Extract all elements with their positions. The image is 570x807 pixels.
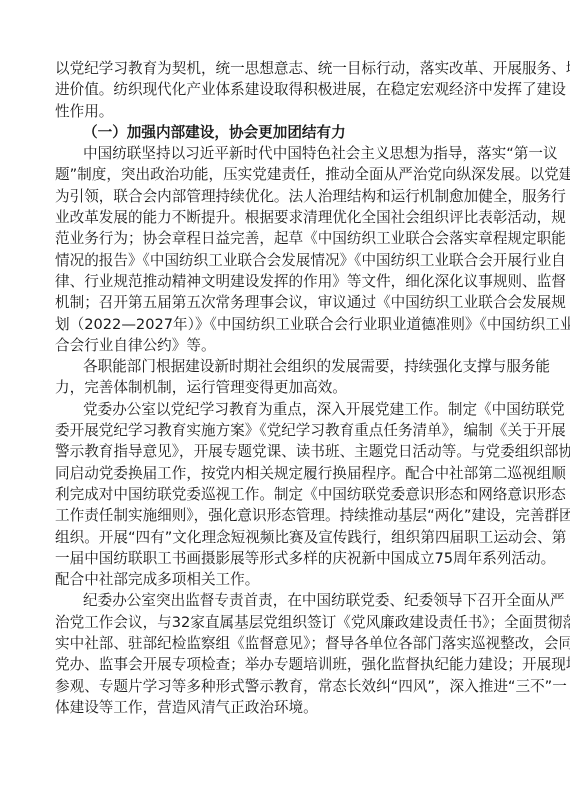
text-line: 组织。开展“四有”文化理念短视频比赛及宣传践行，组织第四届职工运动会、第 <box>55 527 517 548</box>
text-line: 参观、专题片学习等多种形式警示教育，常态长效纠“四风”，深入推进“三不”一 <box>55 676 517 697</box>
text-line: 力，完善体制机制，运行管理变得更加高效。 <box>55 377 517 398</box>
heading-line: （一）加强内部建设，协会更加团结有力 <box>55 122 517 143</box>
text-line: 进价值。纺织现代化产业体系建设取得积极进展，在稳定宏观经济中发挥了建设 <box>55 79 517 100</box>
document-body: 以党纪学习教育为契机，统一思想意志、统一目标行动，落实改革、开展服务、增 进价值… <box>55 58 517 718</box>
text-line: 题”制度，突出政治功能，压实党建责任，推动全面从严治党向纵深发展。以党建 <box>55 164 517 185</box>
text-line: 范业务行为；协会章程日益完善，起草《中国纺织工业联合会落实章程规定职能 <box>55 228 517 249</box>
paragraph-party-committee-office: 党委办公室以党纪学习教育为重点，深入开展党建工作。制定《中国纺联党 委开展党纪学… <box>55 399 517 591</box>
document-page: 以党纪学习教育为契机，统一思想意志、统一目标行动，落实改革、开展服务、增 进价值… <box>0 0 570 807</box>
text-line: 党委办公室以党纪学习教育为重点，深入开展党建工作。制定《中国纺联党 <box>55 399 517 420</box>
text-line: 机制；召开第五届第五次常务理事会议，审议通过《中国纺织工业联合会发展规 <box>55 292 517 313</box>
text-line: 律、行业规范推动精神文明建设发挥的作用》等文件，细化深化议事规则、监督 <box>55 271 517 292</box>
text-line: 治党工作会议，与32家直属基层党组织签订《党风廉政建设责任书》；全面贯彻落 <box>55 612 517 633</box>
paragraph-departments: 各职能部门根据建设新时期社会组织的发展需要，持续强化支撑与服务能 力，完善体制机… <box>55 356 517 399</box>
text-line: 同启动党委换届工作，按党内相关规定履行换届程序。配合中社部第二巡视组顺 <box>55 463 517 484</box>
text-line: 合会行业自律公约》等。 <box>55 335 517 356</box>
text-line: 以党纪学习教育为契机，统一思想意志、统一目标行动，落实改革、开展服务、增 <box>55 58 517 79</box>
text-line: 一届中国纺联职工书画摄影展等形式多样的庆祝新中国成立75周年系列活动。 <box>55 548 517 569</box>
text-line: 中国纺联坚持以习近平新时代中国特色社会主义思想为指导，落实“第一议 <box>55 143 517 164</box>
text-line: 利完成对中国纺联党委巡视工作。制定《中国纺联党委意识形态和网络意识形态 <box>55 484 517 505</box>
text-line: 为引领，联合会内部管理持续优化。法人治理结构和运行机制愈加健全，服务行 <box>55 186 517 207</box>
text-line: 委开展党纪学习教育实施方案》《党纪学习教育重点任务清单》，编制《关于开展 <box>55 420 517 441</box>
text-line: 纪委办公室突出监督专责首责，在中国纺联党委、纪委领导下召开全面从严 <box>55 590 517 611</box>
text-line: 业改革发展的能力不断提升。根据要求清理优化全国社会组织评比表彰活动，规 <box>55 207 517 228</box>
text-line: 实中社部、驻部纪检监察组《监督意见》；督导各单位各部门落实巡视整改，会同 <box>55 633 517 654</box>
paragraph-discipline-office: 纪委办公室突出监督专责首责，在中国纺联党委、纪委领导下召开全面从严 治党工作会议… <box>55 590 517 718</box>
paragraph-intro-continuation: 以党纪学习教育为契机，统一思想意志、统一目标行动，落实改革、开展服务、增 进价值… <box>55 58 517 122</box>
text-line: 性作用。 <box>55 101 517 122</box>
section-heading: （一）加强内部建设，协会更加团结有力 <box>55 122 517 143</box>
text-line: 配合中社部完成多项相关工作。 <box>55 569 517 590</box>
text-line: 划（2022—2027年）》《中国纺织工业联合会行业职业道德准则》《中国纺织工业… <box>55 314 517 335</box>
text-line: 党办、监事会开展专项检查；举办专题培训班，强化监督执纪能力建设；开展现场 <box>55 654 517 675</box>
paragraph-internal-building: 中国纺联坚持以习近平新时代中国特色社会主义思想为指导，落实“第一议 题”制度，突… <box>55 143 517 356</box>
text-line: 警示教育指导意见》，开展专题党课、读书班、主题党日活动等。与党委组织部协 <box>55 441 517 462</box>
text-line: 情况的报告》《中国纺织工业联合会发展情况》《中国纺织工业联合会开展行业自 <box>55 250 517 271</box>
text-line: 工作责任制实施细则》，强化意识形态管理。持续推动基层“两化”建设，完善群团 <box>55 505 517 526</box>
text-line: 各职能部门根据建设新时期社会组织的发展需要，持续强化支撑与服务能 <box>55 356 517 377</box>
text-line: 体建设等工作，营造风清气正政治环境。 <box>55 697 517 718</box>
